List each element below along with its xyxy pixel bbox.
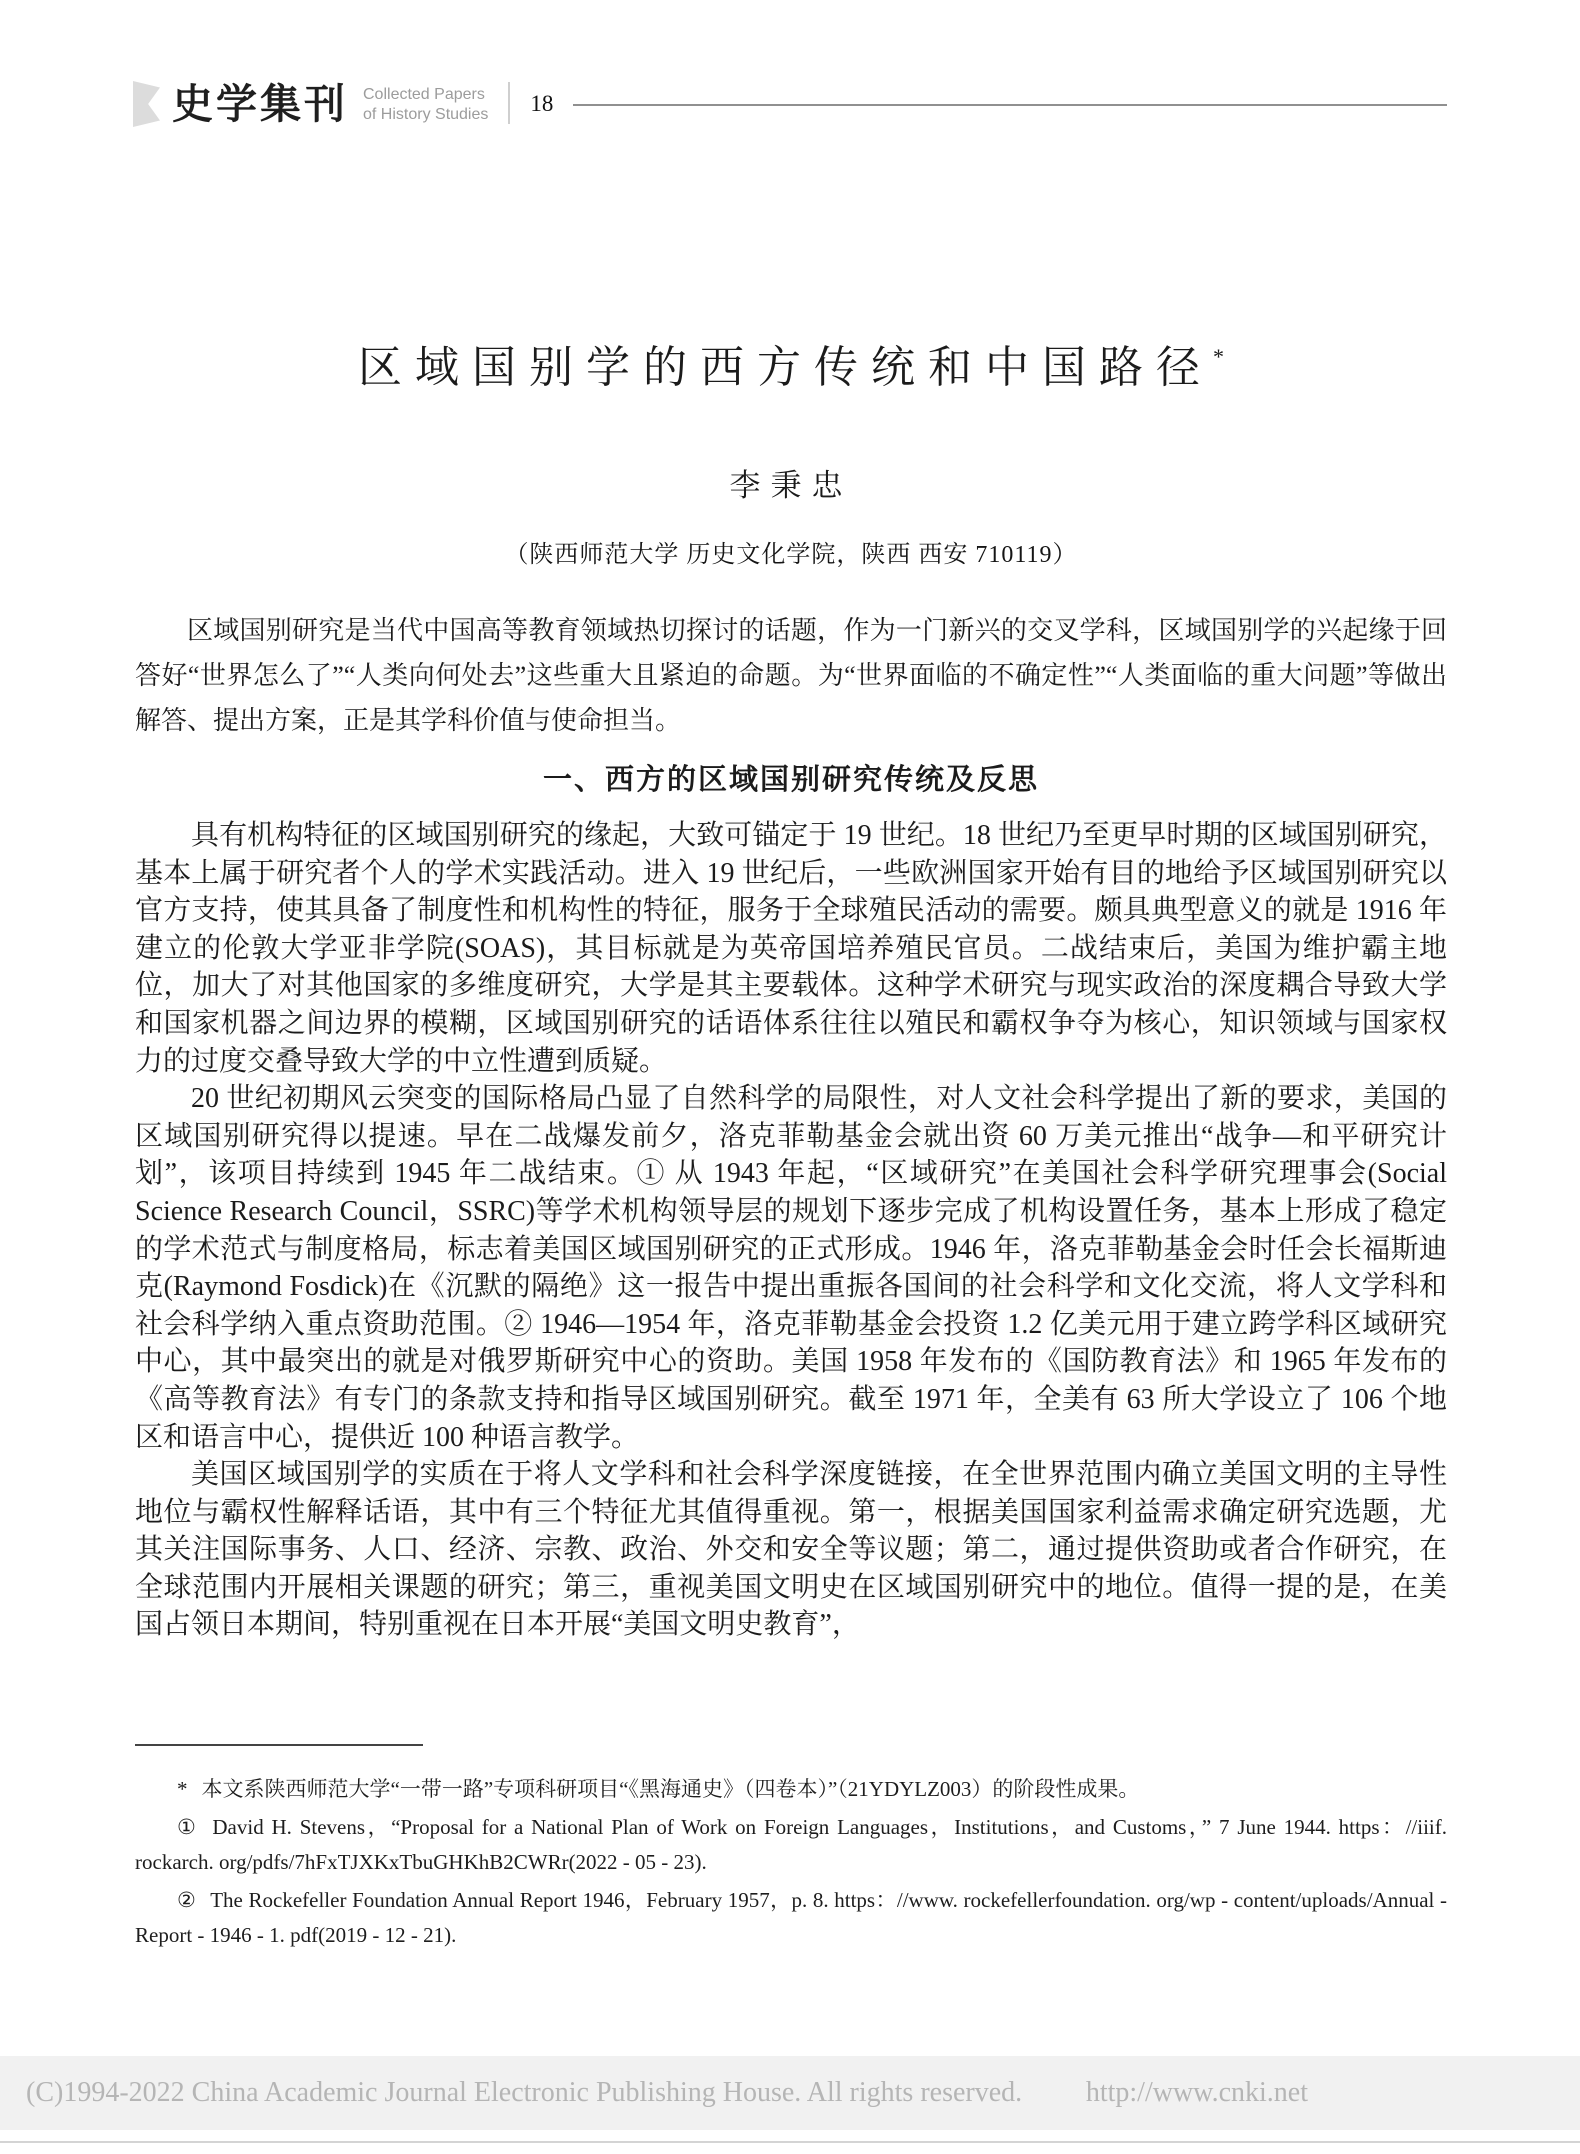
footnote-1-text: David H. Stevens，“Proposal for a Nationa… — [135, 1815, 1447, 1874]
footer-bottom-line — [0, 2141, 1580, 2143]
author-name: 李秉忠 — [135, 460, 1447, 505]
journal-logo-english: Collected Papers of History Studies — [363, 80, 488, 125]
footnote-2: ②The Rockefeller Foundation Annual Repor… — [135, 1883, 1447, 1953]
body-paragraph-2: 20 世纪初期风云突变的国际格局凸显了自然科学的局限性，对人文社会科学提出了新的… — [135, 1080, 1447, 1456]
footnote-star-marker: * — [177, 1777, 188, 1801]
footnote-2-marker: ② — [177, 1888, 196, 1912]
journal-header: 史学集刊 Collected Papers of History Studies… — [133, 80, 1447, 128]
footnotes: *本文系陕西师范大学“一带一路”专项科研项目“《黑海通史》（四卷本）”（21YD… — [135, 1772, 1447, 1956]
journal-logo-chinese: 史学集刊 — [172, 80, 348, 128]
journal-logo-english-line2: of History Studies — [363, 105, 488, 125]
title-footnote-marker: * — [1213, 344, 1224, 369]
abstract-paragraph: 区域国别研究是当代中国高等教育领域热切探讨的话题，作为一门新兴的交叉学科，区域国… — [135, 608, 1447, 743]
footnote-star-text: 本文系陕西师范大学“一带一路”专项科研项目“《黑海通史》（四卷本）”（21YDY… — [202, 1777, 1140, 1801]
header-vertical-divider — [508, 82, 510, 124]
body-paragraph-3: 美国区域国别学的实质在于将人文学科和社会科学深度链接，在全世界范围内确立美国文明… — [135, 1456, 1447, 1644]
body-paragraph-1: 具有机构特征的区域国别研究的缘起，大致可锚定于 19 世纪。18 世纪乃至更早时… — [135, 817, 1447, 1080]
footnote-1-marker: ① — [177, 1815, 198, 1839]
section-heading: 一、西方的区域国别研究传统及反思 — [135, 757, 1447, 798]
author-affiliation: （陕西师范大学 历史文化学院，陕西 西安 710119） — [135, 534, 1447, 569]
page-number: 18 — [530, 80, 553, 115]
article-title-text: 区域国别学的西方传统和中国路径 — [358, 343, 1213, 392]
footnote-divider — [135, 1744, 423, 1746]
journal-page: 史学集刊 Collected Papers of History Studies… — [0, 0, 1580, 2154]
footnote-1: ①David H. Stevens，“Proposal for a Nation… — [135, 1810, 1447, 1880]
footnote-2-text: The Rockefeller Foundation Annual Report… — [135, 1888, 1447, 1947]
body-text: 具有机构特征的区域国别研究的缘起，大致可锚定于 19 世纪。18 世纪乃至更早时… — [135, 817, 1447, 1644]
footer-url: http://www.cnki.net — [1086, 2077, 1580, 2109]
footer-copyright: (C)1994-2022 China Academic Journal Elec… — [0, 2077, 1022, 2109]
header-horizontal-rule — [573, 104, 1447, 106]
footer-bar: (C)1994-2022 China Academic Journal Elec… — [0, 2056, 1580, 2130]
article-title: 区域国别学的西方传统和中国路径* — [135, 331, 1447, 395]
footnote-star: *本文系陕西师范大学“一带一路”专项科研项目“《黑海通史》（四卷本）”（21YD… — [135, 1772, 1447, 1807]
journal-logo-flag-icon — [133, 81, 160, 127]
journal-logo-english-line1: Collected Papers — [363, 85, 488, 105]
